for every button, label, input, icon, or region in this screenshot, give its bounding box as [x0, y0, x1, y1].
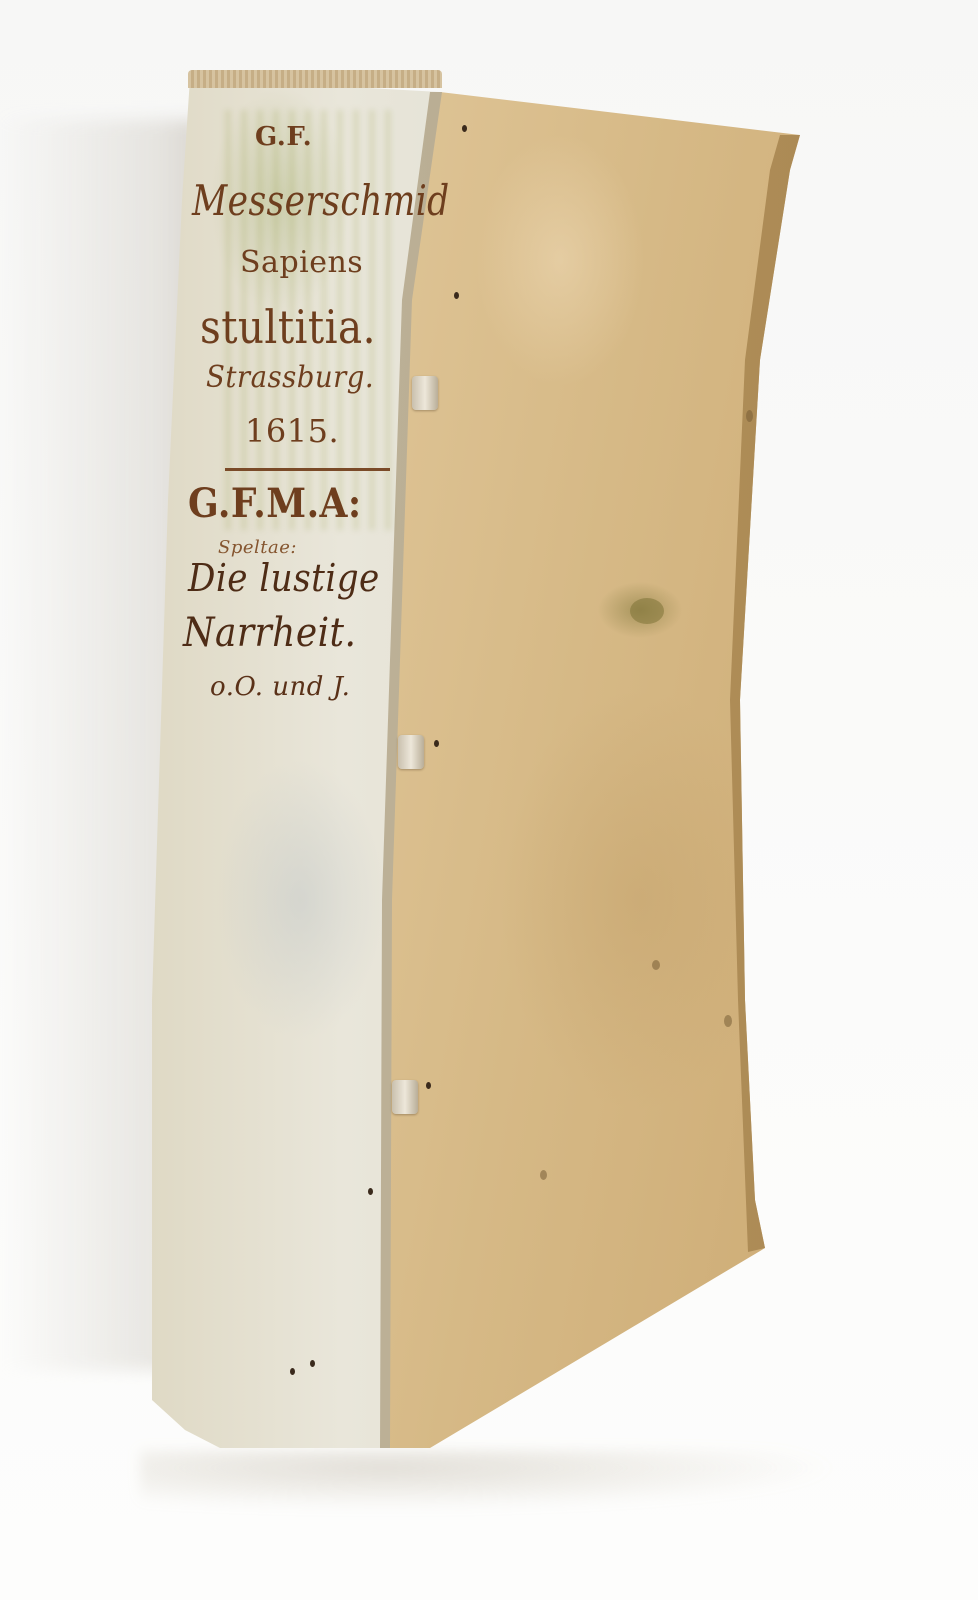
stain-spot [652, 960, 660, 970]
hole-mark [310, 1360, 315, 1367]
stain-spot [540, 1170, 547, 1180]
spine-year: 1615. [245, 412, 339, 450]
spine-title-line-2: stultitia. [200, 300, 376, 354]
stain-spot [630, 598, 664, 624]
hole-mark [454, 292, 459, 299]
tie-thong-middle [398, 735, 424, 769]
spine-second-initials: G.F.M.A: [188, 480, 362, 527]
tie-thong-lower [392, 1080, 418, 1114]
hole-mark [426, 1082, 431, 1089]
spine-author: Messerschmid [192, 176, 450, 225]
spine-place: Strassburg. [206, 360, 374, 395]
book: G.F. Messerschmid Sapiens stultitia. Str… [0, 0, 978, 1600]
spine-second-author: Speltae: [218, 537, 297, 558]
spine-second-title-line-1: Die lustige [188, 556, 380, 600]
hole-mark [368, 1188, 373, 1195]
spine-divider [225, 468, 390, 471]
spine-second-title-line-2: Narrheit. [183, 610, 356, 656]
tie-thong-upper [412, 376, 438, 410]
spine-imprint-note: o.O. und J. [210, 672, 350, 702]
spine-title-line-1: Sapiens [240, 245, 363, 280]
headcap [188, 70, 442, 88]
hole-mark [434, 740, 439, 747]
hole-mark [462, 125, 467, 132]
stain-spot [746, 410, 753, 422]
front-board [0, 0, 978, 1600]
stain-spot [724, 1015, 732, 1027]
hole-mark [290, 1368, 295, 1375]
spine-initials: G.F. [255, 122, 312, 152]
